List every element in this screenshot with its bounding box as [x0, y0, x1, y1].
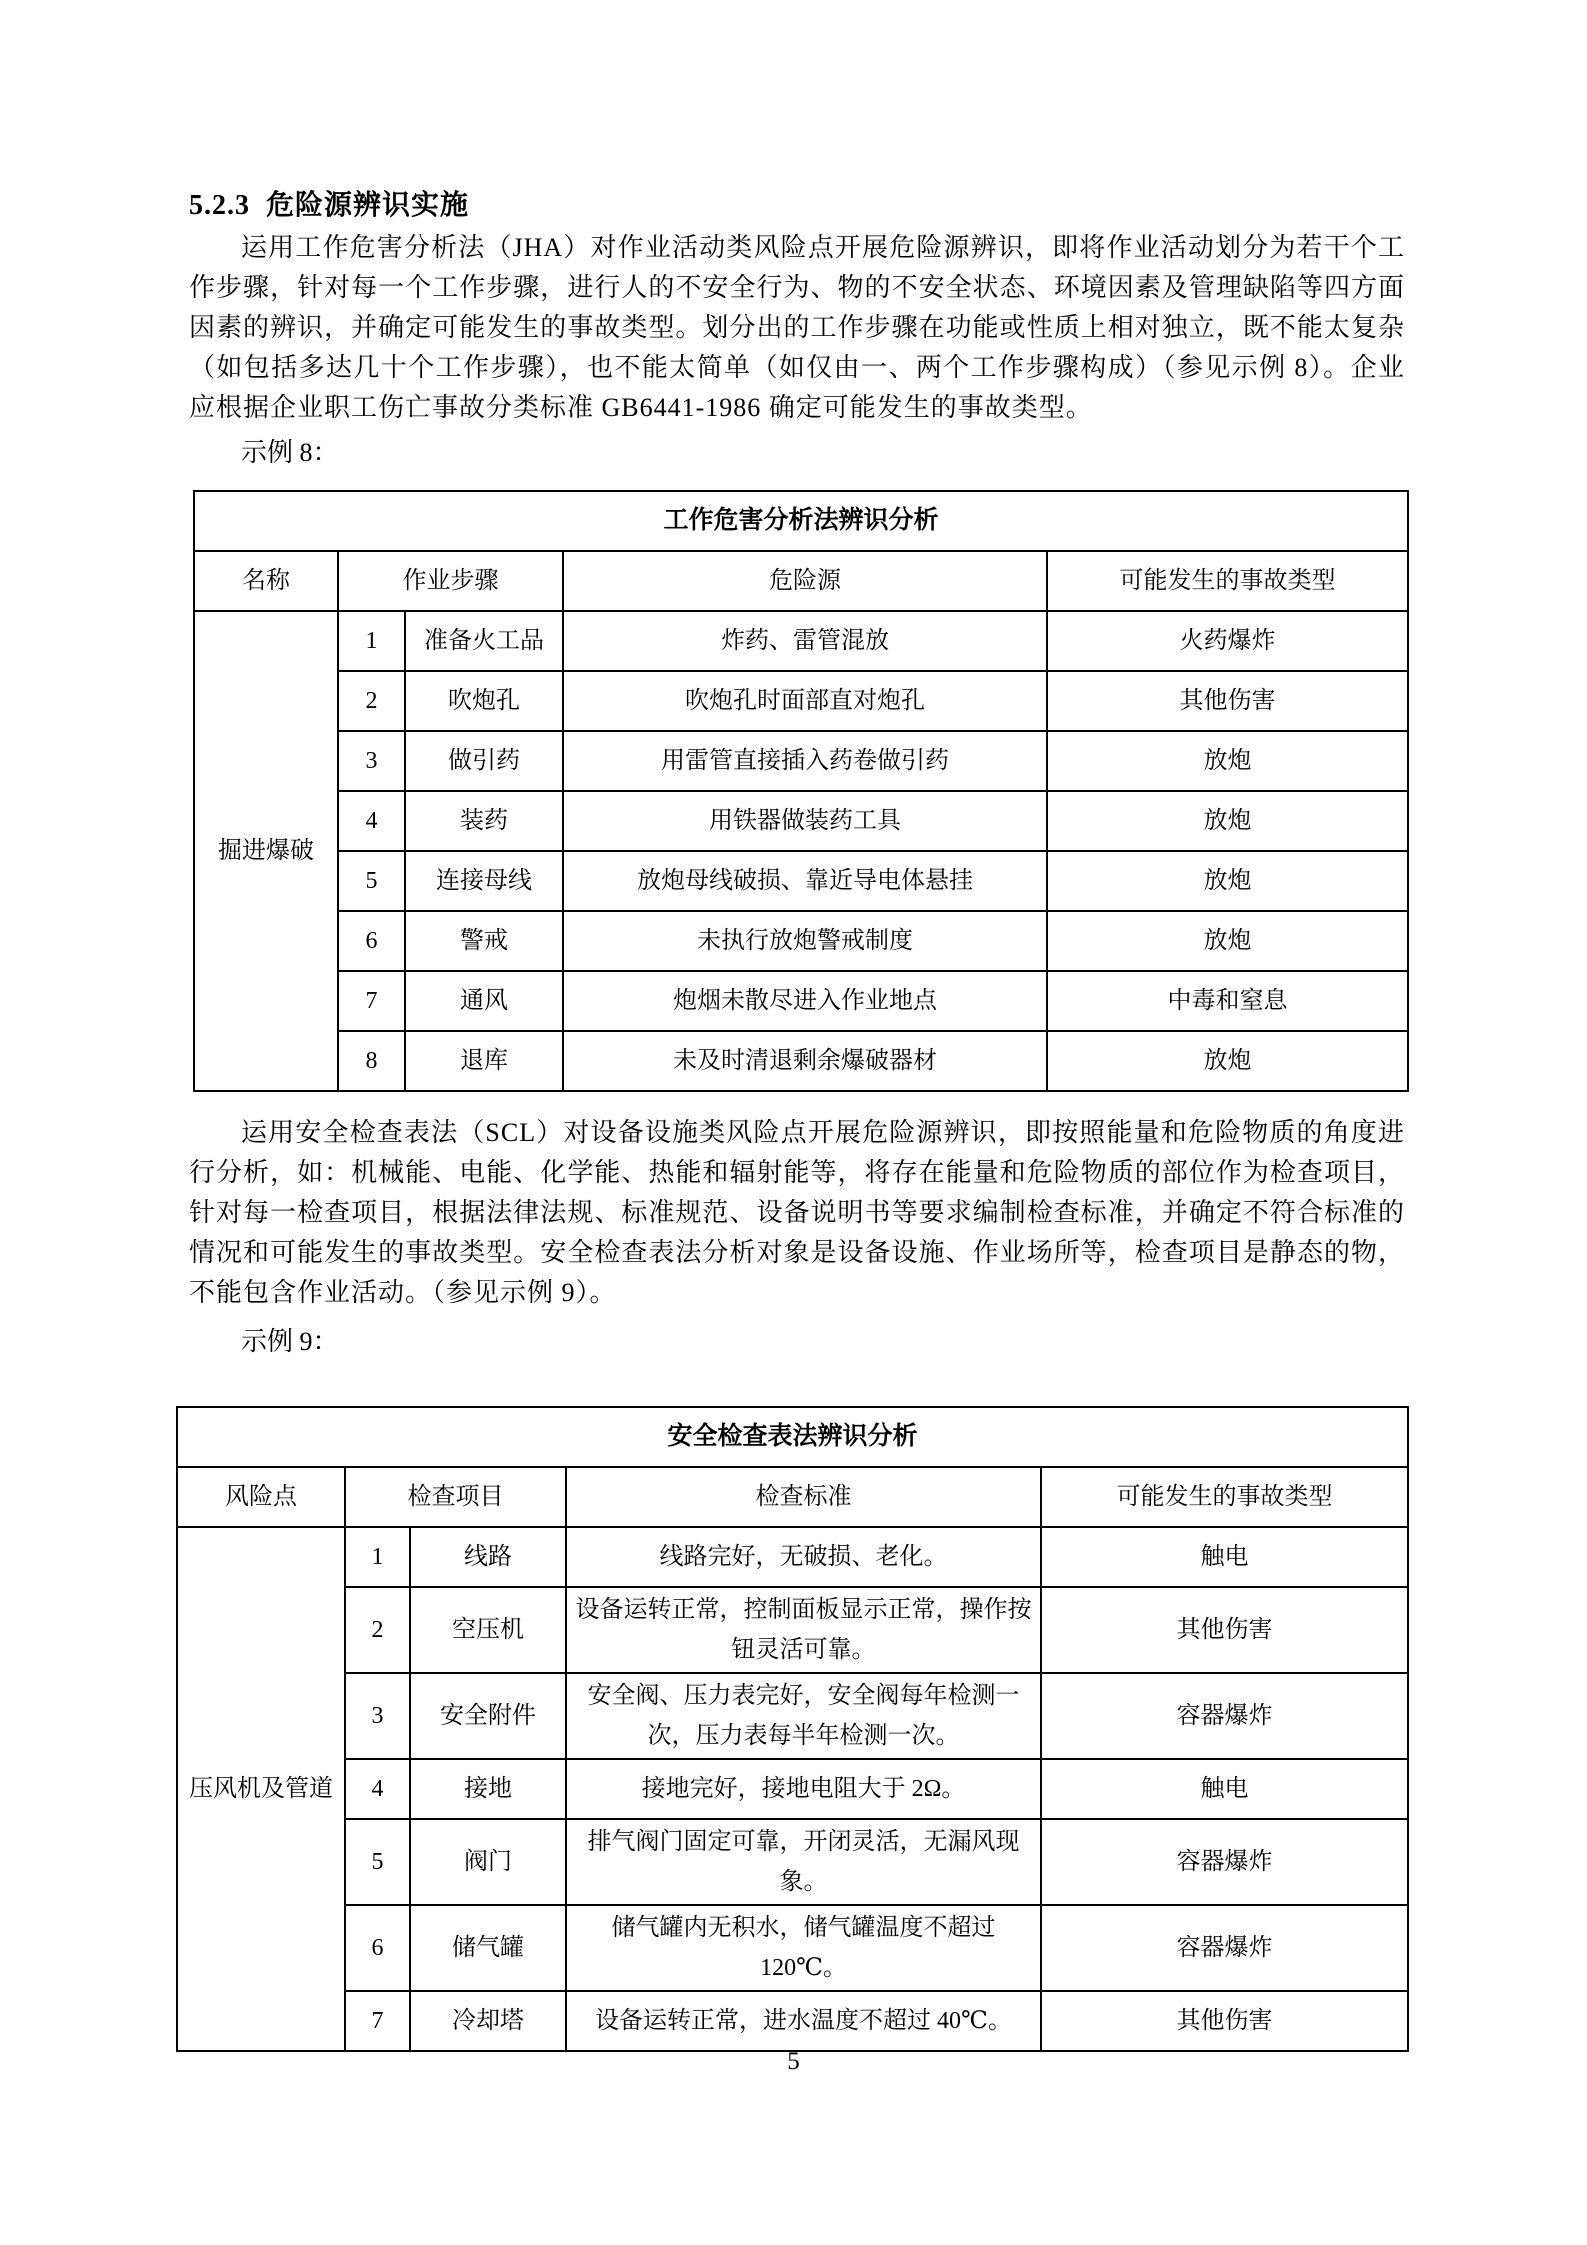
scl-row-num: 2	[345, 1587, 410, 1673]
jha-row-accident: 中毒和窒息	[1047, 971, 1408, 1031]
jha-row-step: 吹炮孔	[405, 671, 563, 731]
scl-row-accident: 容器爆炸	[1041, 1673, 1408, 1759]
scl-row-hazard: 排气阀门固定可靠，开闭灵活，无漏风现象。	[566, 1819, 1041, 1905]
jha-row-hazard: 吹炮孔时面部直对炮孔	[563, 671, 1047, 731]
scl-data-row: 2空压机设备运转正常，控制面板显示正常，操作按钮灵活可靠。其他伤害	[177, 1587, 1408, 1673]
jha-data-row: 2吹炮孔吹炮孔时面部直对炮孔其他伤害	[194, 671, 1408, 731]
scl-table-title: 安全检查表法辨识分析	[177, 1407, 1408, 1467]
scl-row-hazard: 设备运转正常，控制面板显示正常，操作按钮灵活可靠。	[566, 1587, 1041, 1673]
jha-row-hazard: 放炮母线破损、靠近导电体悬挂	[563, 851, 1047, 911]
jha-row-accident: 放炮	[1047, 1031, 1408, 1091]
page-number: 5	[0, 2048, 1587, 2076]
jha-data-row: 掘进爆破1准备火工品炸药、雷管混放火药爆炸	[194, 611, 1408, 671]
jha-data-row: 7通风炮烟未散尽进入作业地点中毒和窒息	[194, 971, 1408, 1031]
scl-row-accident: 其他伤害	[1041, 1991, 1408, 2051]
scl-row-num: 3	[345, 1673, 410, 1759]
jha-row-hazard: 未及时清退剩余爆破器材	[563, 1031, 1047, 1091]
jha-row-hazard: 炮烟未散尽进入作业地点	[563, 971, 1047, 1031]
jha-row-accident: 放炮	[1047, 851, 1408, 911]
jha-row-hazard: 炸药、雷管混放	[563, 611, 1047, 671]
jha-title-row: 工作危害分析法辨识分析	[194, 491, 1408, 551]
scl-row-step: 接地	[410, 1759, 566, 1819]
scl-data-row: 4接地接地完好，接地电阻大于 2Ω。触电	[177, 1759, 1408, 1819]
scl-row-step: 空压机	[410, 1587, 566, 1673]
scl-header-col1: 风险点	[177, 1467, 345, 1527]
jha-row-accident: 放炮	[1047, 911, 1408, 971]
scl-row-accident: 触电	[1041, 1527, 1408, 1587]
jha-row-step: 退库	[405, 1031, 563, 1091]
scl-row-step: 阀门	[410, 1819, 566, 1905]
paragraph-jha-intro: 运用工作危害分析法（JHA）对作业活动类风险点开展危险源辨识，即将作业活动划分为…	[189, 228, 1405, 428]
jha-row-hazard: 用雷管直接插入药卷做引药	[563, 731, 1047, 791]
scl-data-row: 6储气罐储气罐内无积水，储气罐温度不超过 120℃。容器爆炸	[177, 1905, 1408, 1991]
scl-row-num: 4	[345, 1759, 410, 1819]
scl-row-hazard: 设备运转正常，进水温度不超过 40℃。	[566, 1991, 1041, 2051]
jha-header-col1: 名称	[194, 551, 338, 611]
jha-row-num: 3	[338, 731, 405, 791]
jha-data-row: 3做引药用雷管直接插入药卷做引药放炮	[194, 731, 1408, 791]
jha-row-num: 1	[338, 611, 405, 671]
scl-row-accident: 容器爆炸	[1041, 1905, 1408, 1991]
jha-header-col23: 作业步骤	[338, 551, 563, 611]
scl-data-row: 3安全附件安全阀、压力表完好，安全阀每年检测一次，压力表每半年检测一次。容器爆炸	[177, 1673, 1408, 1759]
scl-row-num: 5	[345, 1819, 410, 1905]
scl-table-body: 安全检查表法辨识分析风险点检查项目检查标准可能发生的事故类型压风机及管道1线路线…	[177, 1407, 1408, 2051]
jha-row-num: 7	[338, 971, 405, 1031]
jha-row-step: 警戒	[405, 911, 563, 971]
jha-table-body: 工作危害分析法辨识分析名称作业步骤危险源可能发生的事故类型掘进爆破1准备火工品炸…	[194, 491, 1408, 1091]
jha-row-accident: 火药爆炸	[1047, 611, 1408, 671]
scl-group-cell: 压风机及管道	[177, 1527, 345, 2051]
jha-row-accident: 放炮	[1047, 791, 1408, 851]
scl-title-row: 安全检查表法辨识分析	[177, 1407, 1408, 1467]
jha-data-row: 6警戒未执行放炮警戒制度放炮	[194, 911, 1408, 971]
jha-table: 工作危害分析法辨识分析名称作业步骤危险源可能发生的事故类型掘进爆破1准备火工品炸…	[193, 490, 1409, 1092]
jha-row-step: 装药	[405, 791, 563, 851]
scl-row-num: 7	[345, 1991, 410, 2051]
jha-row-accident: 其他伤害	[1047, 671, 1408, 731]
jha-data-row: 5连接母线放炮母线破损、靠近导电体悬挂放炮	[194, 851, 1408, 911]
jha-data-row: 8退库未及时清退剩余爆破器材放炮	[194, 1031, 1408, 1091]
jha-row-num: 8	[338, 1031, 405, 1091]
scl-row-accident: 容器爆炸	[1041, 1819, 1408, 1905]
jha-table-title: 工作危害分析法辨识分析	[194, 491, 1408, 551]
jha-data-row: 4装药用铁器做装药工具放炮	[194, 791, 1408, 851]
scl-row-num: 1	[345, 1527, 410, 1587]
jha-header-col5: 可能发生的事故类型	[1047, 551, 1408, 611]
scl-row-hazard: 安全阀、压力表完好，安全阀每年检测一次，压力表每半年检测一次。	[566, 1673, 1041, 1759]
jha-group-cell: 掘进爆破	[194, 611, 338, 1091]
scl-row-accident: 触电	[1041, 1759, 1408, 1819]
scl-row-step: 冷却塔	[410, 1991, 566, 2051]
scl-row-step: 线路	[410, 1527, 566, 1587]
scl-row-hazard: 接地完好，接地电阻大于 2Ω。	[566, 1759, 1041, 1819]
scl-row-hazard: 线路完好，无破损、老化。	[566, 1527, 1041, 1587]
scl-row-step: 储气罐	[410, 1905, 566, 1991]
jha-row-step: 连接母线	[405, 851, 563, 911]
jha-header-row: 名称作业步骤危险源可能发生的事故类型	[194, 551, 1408, 611]
scl-data-row: 5阀门排气阀门固定可靠，开闭灵活，无漏风现象。容器爆炸	[177, 1819, 1408, 1905]
jha-row-num: 5	[338, 851, 405, 911]
jha-row-step: 准备火工品	[405, 611, 563, 671]
scl-row-num: 6	[345, 1905, 410, 1991]
jha-row-step: 做引药	[405, 731, 563, 791]
jha-row-num: 2	[338, 671, 405, 731]
jha-row-hazard: 未执行放炮警戒制度	[563, 911, 1047, 971]
section-heading: 5.2.3 危险源辨识实施	[189, 183, 469, 223]
example8-label: 示例 8：	[189, 433, 339, 473]
jha-row-step: 通风	[405, 971, 563, 1031]
jha-row-num: 6	[338, 911, 405, 971]
jha-header-col4: 危险源	[563, 551, 1047, 611]
scl-row-accident: 其他伤害	[1041, 1587, 1408, 1673]
scl-header-row: 风险点检查项目检查标准可能发生的事故类型	[177, 1467, 1408, 1527]
scl-data-row: 压风机及管道1线路线路完好，无破损、老化。触电	[177, 1527, 1408, 1587]
jha-row-num: 4	[338, 791, 405, 851]
scl-row-hazard: 储气罐内无积水，储气罐温度不超过 120℃。	[566, 1905, 1041, 1991]
example9-label: 示例 9：	[189, 1322, 339, 1362]
scl-data-row: 7冷却塔设备运转正常，进水温度不超过 40℃。其他伤害	[177, 1991, 1408, 2051]
paragraph-scl-intro: 运用安全检查表法（SCL）对设备设施类风险点开展危险源辨识，即按照能量和危险物质…	[189, 1113, 1405, 1313]
jha-row-accident: 放炮	[1047, 731, 1408, 791]
jha-row-hazard: 用铁器做装药工具	[563, 791, 1047, 851]
scl-row-step: 安全附件	[410, 1673, 566, 1759]
scl-header-col4: 检查标准	[566, 1467, 1041, 1527]
scl-header-col5: 可能发生的事故类型	[1041, 1467, 1408, 1527]
scl-header-col23: 检查项目	[345, 1467, 566, 1527]
scl-table: 安全检查表法辨识分析风险点检查项目检查标准可能发生的事故类型压风机及管道1线路线…	[176, 1406, 1409, 2052]
